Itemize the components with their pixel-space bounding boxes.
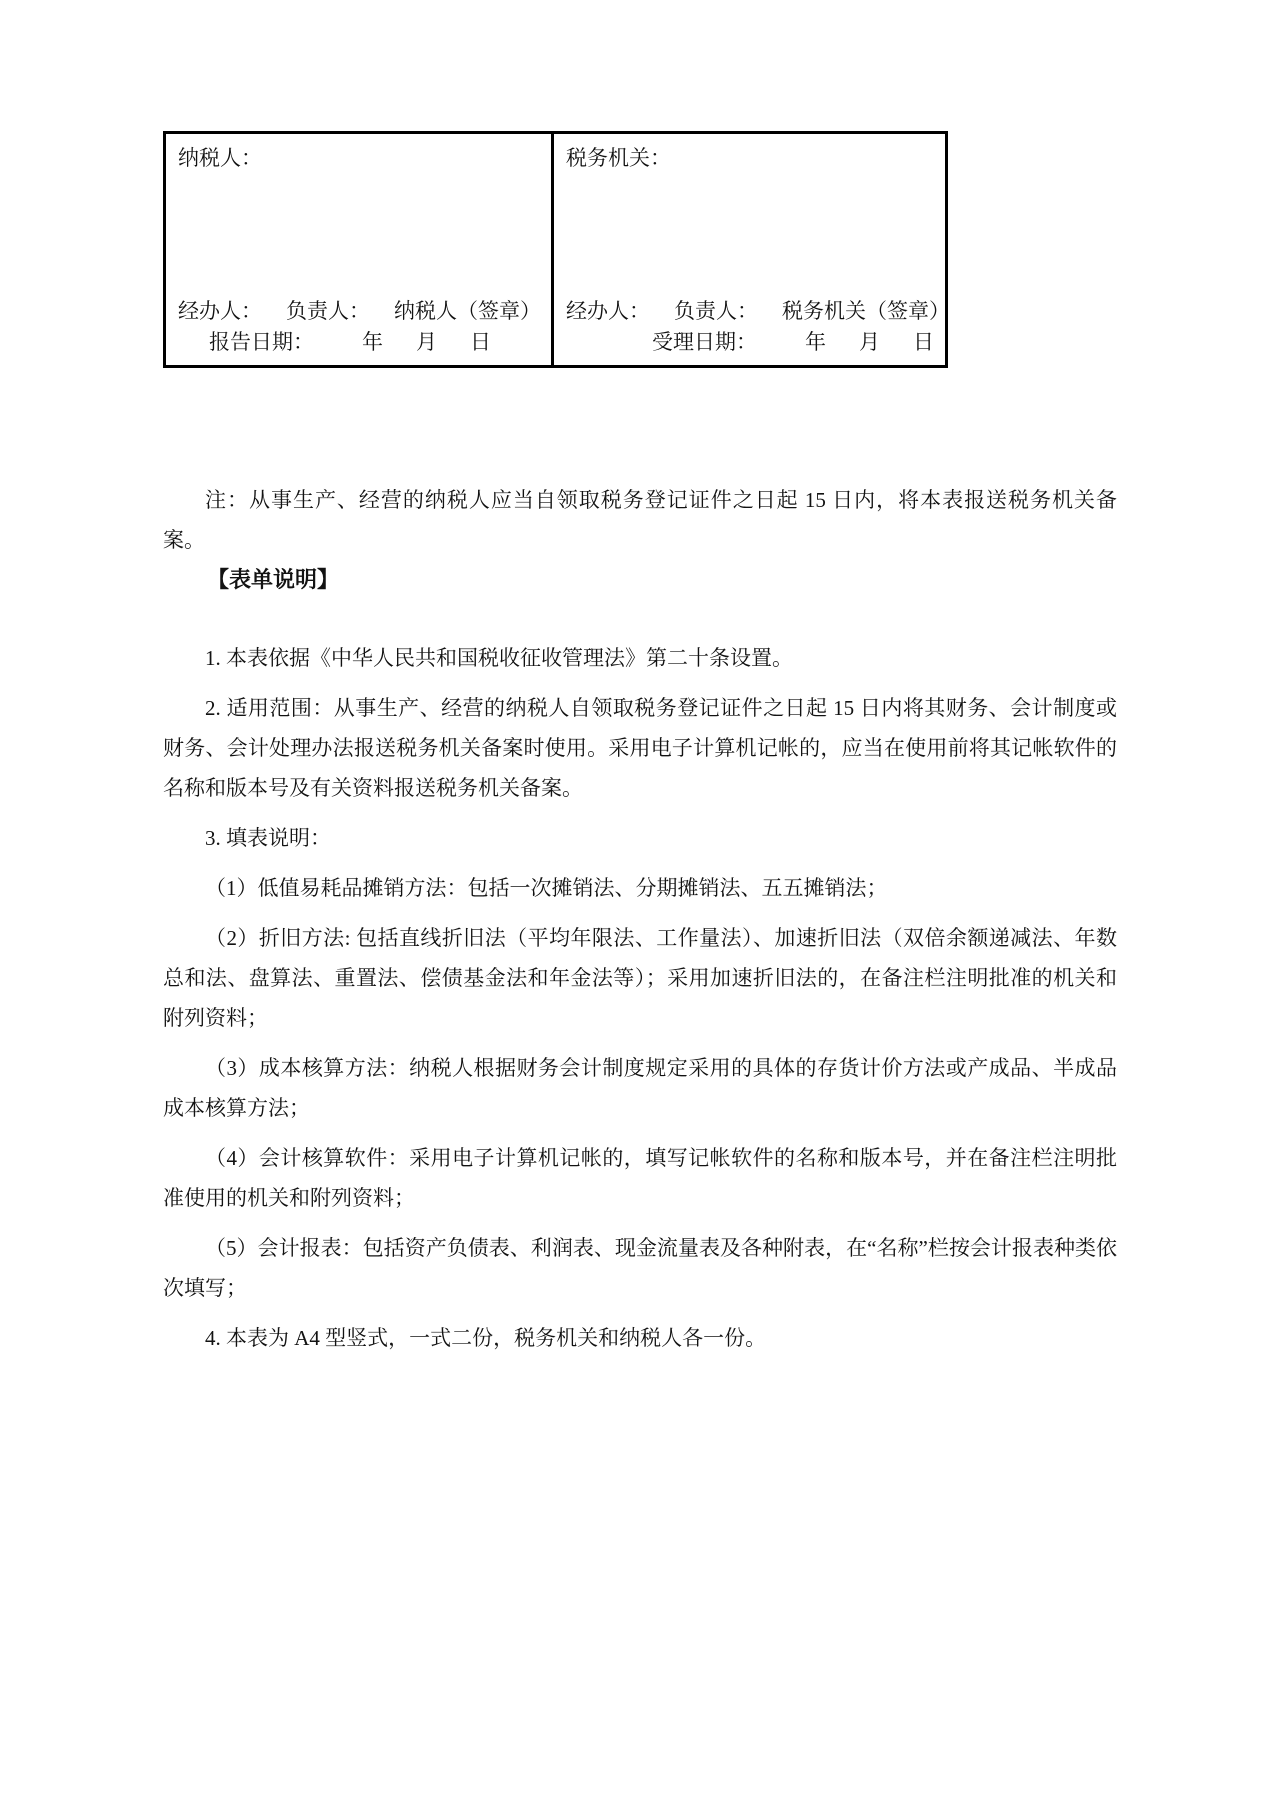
accept-date-month-label: 月 [859,327,880,357]
fill-instruction-5: （5）会计报表：包括资产负债表、利润表、现金流量表及各种附表，在“名称”栏按会计… [163,1228,1117,1308]
tax-authority-blank-area [566,173,950,295]
note-item-3: 3. 填表说明： [163,818,1117,858]
tax-authority-agent-label: 经办人： [566,295,650,327]
fill-instruction-2: （2）折旧方法: 包括直线折旧法（平均年限法、工作量法）、加速折旧法（双倍余额递… [163,918,1117,1038]
tax-authority-label: 税务机关： [566,143,950,173]
report-date-label: 报告日期： [209,327,314,357]
taxpayer-responsible-label: 负责人： [286,295,370,327]
document-page: 纳税人： 经办人： 负责人： 纳税人（签章） 报告日期： 年 月 日 税务机关：… [0,0,1280,1810]
note-item-1: 1. 本表依据《中华人民共和国税收征收管理法》第二十条设置。 [163,638,1117,678]
accept-date-day-label: 日 [913,327,934,357]
taxpayer-signature-label: 纳税人（签章） [394,295,541,327]
tax-authority-signature-label: 税务机关（签章） [782,295,950,327]
document-body: 注：从事生产、经营的纳税人应当自领取税务登记证件之日起 15 日内，将本表报送税… [163,480,1117,1358]
note-item-4: 4. 本表为 A4 型竖式，一式二份，税务机关和纳税人各一份。 [163,1318,1117,1358]
fill-instruction-3: （3）成本核算方法：纳税人根据财务会计制度规定采用的具体的存货计价方法或产成品、… [163,1048,1117,1128]
report-date-month-label: 月 [416,327,437,357]
accept-date-year-label: 年 [805,327,826,357]
note-paragraph: 注：从事生产、经营的纳税人应当自领取税务登记证件之日起 15 日内，将本表报送税… [163,480,1117,560]
taxpayer-sign-line: 经办人： 负责人： 纳税人（签章） [178,295,541,327]
report-date-year-label: 年 [362,327,383,357]
tax-authority-sign-line: 经办人： 负责人： 税务机关（签章） [566,295,950,327]
taxpayer-cell: 纳税人： 经办人： 负责人： 纳税人（签章） 报告日期： 年 月 日 [166,134,554,365]
note-item-2: 2. 适用范围：从事生产、经营的纳税人自领取税务登记证件之日起 15 日内将其财… [163,688,1117,808]
report-date-day-label: 日 [470,327,491,357]
report-date-line: 报告日期： 年 月 日 [178,327,541,357]
form-notes-title: 【表单说明】 [163,560,1117,600]
taxpayer-agent-label: 经办人： [178,295,262,327]
fill-instruction-4: （4）会计核算软件：采用电子计算机记帐的，填写记帐软件的名称和版本号，并在备注栏… [163,1138,1117,1218]
fill-instruction-1: （1）低值易耗品摊销方法：包括一次摊销法、分期摊销法、五五摊销法； [163,868,1117,908]
accept-date-label: 受理日期： [652,327,757,357]
tax-authority-cell: 税务机关： 经办人： 负责人： 税务机关（签章） 受理日期： 年 月 日 [554,134,960,365]
tax-authority-responsible-label: 负责人： [674,295,758,327]
taxpayer-label: 纳税人： [178,143,541,173]
accept-date-line: 受理日期： 年 月 日 [566,327,950,357]
taxpayer-blank-area [178,173,541,295]
signature-table: 纳税人： 经办人： 负责人： 纳税人（签章） 报告日期： 年 月 日 税务机关：… [163,131,948,368]
